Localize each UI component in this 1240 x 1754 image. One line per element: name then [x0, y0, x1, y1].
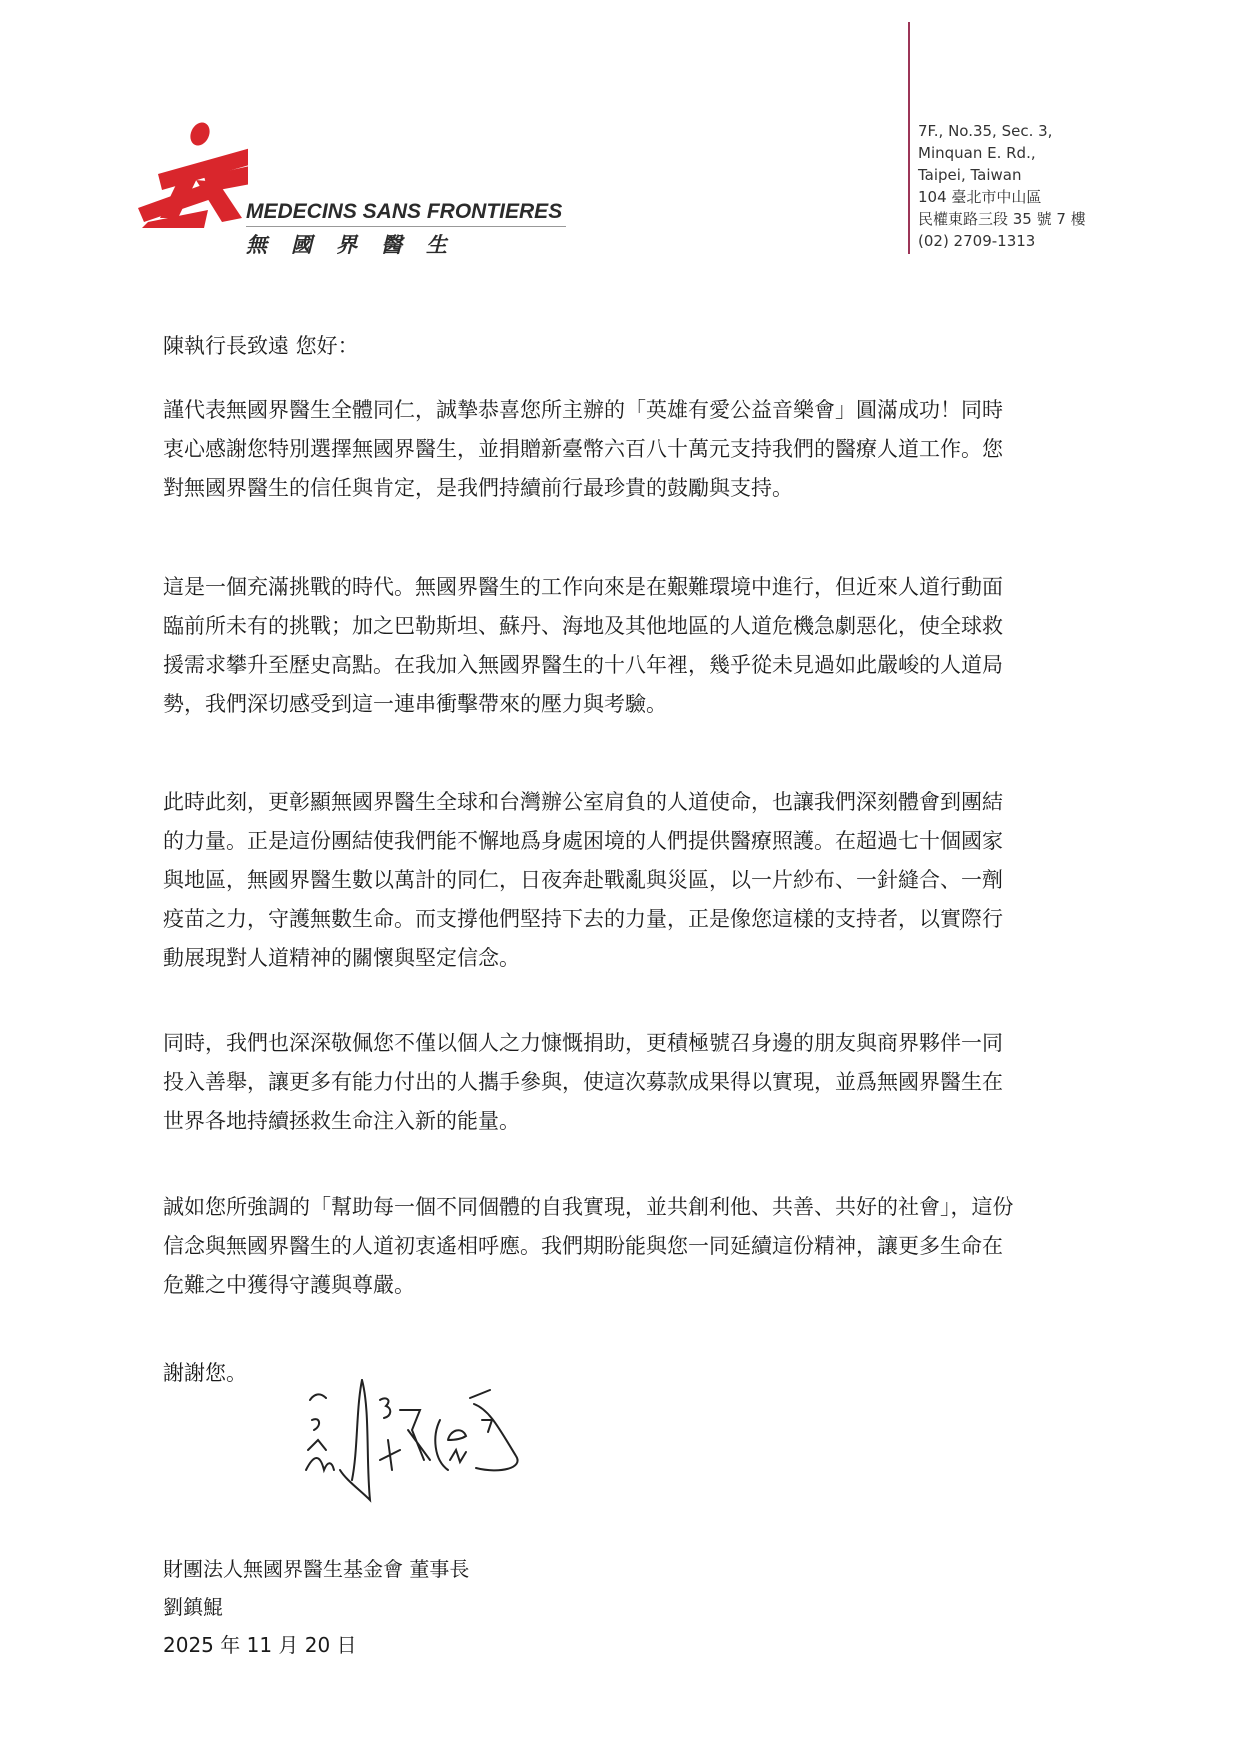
text-line: 投入善舉，讓更多有能力付出的人攜手參與，使這次募款成果得以實現，並爲無國界醫生在 [163, 1063, 1103, 1102]
text-line: 對無國界醫生的信任與肯定，是我們持續前行最珍貴的鼓勵與支持。 [163, 469, 1103, 508]
salutation: 陳執行長致遠 您好： [163, 330, 359, 360]
address-line: Minquan E. Rd., [918, 142, 1086, 164]
text-line: 誠如您所強調的「幫助每一個不同個體的自我實現，並共創利他、共善、共好的社會」，這… [163, 1188, 1103, 1227]
paragraph-2: 這是一個充滿挑戰的時代。無國界醫生的工作向來是在艱難環境中進行，但近來人道行動面… [163, 568, 1103, 724]
signatory-title: 財團法人無國界醫生基金會 董事長 [163, 1550, 469, 1588]
text-line: 同時，我們也深深敬佩您不僅以個人之力慷慨捐助，更積極號召身邊的朋友與商界夥伴一同 [163, 1024, 1103, 1063]
logo-name-en: MEDECINS SANS FRONTIERES [246, 200, 562, 224]
address-line: 104 臺北市中山區 [918, 186, 1086, 208]
paragraph-4: 同時，我們也深深敬佩您不僅以個人之力慷慨捐助，更積極號召身邊的朋友與商界夥伴一同… [163, 1024, 1103, 1141]
text-line: 衷心感謝您特別選擇無國界醫生，並捐贈新臺幣六百八十萬元支持我們的醫療人道工作。您 [163, 430, 1103, 469]
signoff-block: 財團法人無國界醫生基金會 董事長 劉鎮鯤 2025 年 11 月 20 日 [163, 1550, 469, 1664]
paragraph-5: 誠如您所強調的「幫助每一個不同個體的自我實現，並共創利他、共善、共好的社會」，這… [163, 1188, 1103, 1305]
text-line: 這是一個充滿挑戰的時代。無國界醫生的工作向來是在艱難環境中進行，但近來人道行動面 [163, 568, 1103, 607]
msf-running-man-icon [138, 118, 248, 228]
paragraph-3: 此時此刻，更彰顯無國界醫生全球和台灣辦公室肩負的人道使命，也讓我們深刻體會到團結… [163, 783, 1103, 978]
address-line: 7F., No.35, Sec. 3, [918, 120, 1086, 142]
phone-number: (02) 2709-1313 [918, 230, 1086, 252]
text-line: 臨前所未有的挑戰；加之巴勒斯坦、蘇丹、海地及其他地區的人道危機急劇惡化，使全球救 [163, 607, 1103, 646]
closing-thanks: 謝謝您。 [163, 1357, 247, 1387]
text-line: 信念與無國界醫生的人道初衷遙相呼應。我們期盼能與您一同延續這份精神，讓更多生命在 [163, 1227, 1103, 1266]
text-line: 與地區，無國界醫生數以萬計的同仁，日夜奔赴戰亂與災區，以一片紗布、一針縫合、一劑 [163, 861, 1103, 900]
text-line: 援需求攀升至歷史高點。在我加入無國界醫生的十八年裡，幾乎從未見過如此嚴峻的人道局 [163, 646, 1103, 685]
text-line: 勢，我們深切感受到這一連串衝擊帶來的壓力與考驗。 [163, 685, 1103, 724]
text-line: 疫苗之力，守護無數生命。而支撐他們堅持下去的力量，正是像您這樣的支持者，以實際行 [163, 900, 1103, 939]
text-line: 動展現對人道精神的關懷與堅定信念。 [163, 939, 1103, 978]
logo-underline [246, 226, 566, 227]
text-line: 謹代表無國界醫生全體同仁，誠摯恭喜您所主辦的「英雄有愛公益音樂會」圓滿成功！同時 [163, 391, 1103, 430]
address-block: 7F., No.35, Sec. 3, Minquan E. Rd., Taip… [918, 120, 1086, 252]
text-line: 此時此刻，更彰顯無國界醫生全球和台灣辦公室肩負的人道使命，也讓我們深刻體會到團結 [163, 783, 1103, 822]
logo-name-zh: 無國界醫生 [246, 229, 471, 259]
letter-page: MEDECINS SANS FRONTIERES 無國界醫生 7F., No.3… [0, 0, 1240, 1754]
paragraph-1: 謹代表無國界醫生全體同仁，誠摯恭喜您所主辦的「英雄有愛公益音樂會」圓滿成功！同時… [163, 391, 1103, 508]
address-line: Taipei, Taiwan [918, 164, 1086, 186]
text-line: 世界各地持續拯救生命注入新的能量。 [163, 1102, 1103, 1141]
text-line: 的力量。正是這份團結使我們能不懈地爲身處困境的人們提供醫療照護。在超過七十個國家 [163, 822, 1103, 861]
msf-logo: MEDECINS SANS FRONTIERES 無國界醫生 [138, 118, 578, 258]
letter-date: 2025 年 11 月 20 日 [163, 1626, 469, 1664]
address-line: 民權東路三段 35 號 7 樓 [918, 208, 1086, 230]
handwritten-signature-icon [300, 1370, 560, 1510]
text-line: 危難之中獲得守護與尊嚴。 [163, 1266, 1103, 1305]
signatory-name: 劉鎮鯤 [163, 1588, 469, 1626]
letterhead-divider [908, 22, 910, 254]
